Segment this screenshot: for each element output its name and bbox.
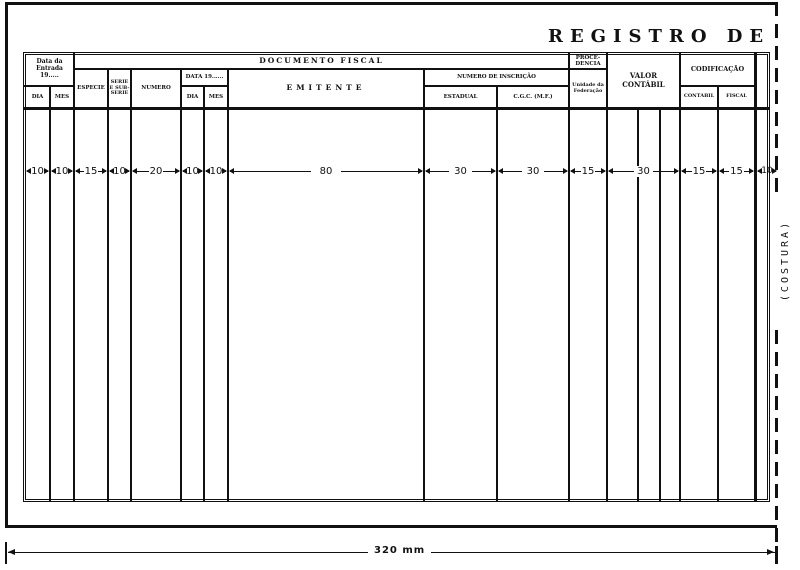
width-accounting-value: 30 [608,166,679,177]
entry-month-header: MES [51,87,73,107]
dimension-arrow-left [8,549,15,555]
entry-day-header: DIA [26,87,49,107]
width-doc-day: 10 [182,166,203,177]
col-rule [107,68,109,502]
width-entry-month: 10 [51,166,73,177]
doc-day-header: DIA [182,87,203,107]
coding-header: CODIFICAÇÃO [681,54,754,85]
header-bottom-rule [23,107,770,110]
cgc-header: C.G.C. (M.F.) [498,87,568,107]
document-title: REGISTRO DE [548,26,770,47]
kind-header: ESPECIE [75,70,107,107]
width-margin: 10 [757,166,777,176]
width-series: 10 [109,166,130,177]
outer-frame-left [5,2,8,528]
col-rule [754,52,757,502]
width-issuer: 80 [229,166,423,177]
origin-sub-header: Unidade da Federação [570,70,606,107]
col-rule [227,68,229,502]
col-rule [717,85,719,502]
issuer-header: EMITENTE [229,70,423,107]
width-coding-accounting: 15 [681,166,717,177]
width-entry-day: 10 [26,166,49,177]
binding-label: (COSTURA) [776,200,796,320]
col-rule [180,68,182,502]
dimension-label: 320 mm [368,545,431,556]
coding-accounting-header: CONTABIL [681,87,717,107]
width-doc-month: 10 [205,166,227,177]
col-rule [679,52,681,502]
width-coding-fiscal: 15 [719,166,754,177]
col-rule [130,68,132,502]
width-origin: 15 [570,166,606,177]
coding-fiscal-header: FISCAL [719,87,754,107]
width-state-registration: 30 [425,166,496,177]
width-cgc: 30 [498,166,568,177]
entry-date-header: Data da Entrada 19..... [26,54,73,85]
col-rule [73,52,75,502]
number-header: NUMERO [132,70,180,107]
fiscal-document-header: DOCUMENTO FISCAL [75,54,568,68]
col-rule [423,68,425,502]
state-registration-header: ESTADUAL [425,87,496,107]
col-rule [606,52,608,502]
col-rule [568,52,570,502]
doc-month-header: MES [205,87,227,107]
dimension-tick-left [5,542,7,564]
outer-frame-top [5,2,777,5]
col-rule [203,85,205,502]
dimension-arrow-right [767,549,774,555]
col-rule [496,85,498,502]
origin-header: PROCE-DENCIA [570,54,606,68]
accounting-value-header: VALOR CONTÁBIL [608,54,679,107]
series-header: SERIE E SUB-SERIE [109,70,130,107]
width-kind: 15 [75,166,107,177]
outer-frame-bottom [5,525,777,528]
col-rule [49,85,51,502]
registration-header: NUMERO DE INSCRIÇÃO [425,70,568,85]
register-table [23,52,770,502]
doc-date-header: DATA 19...... [182,70,227,85]
width-number: 20 [132,166,180,177]
